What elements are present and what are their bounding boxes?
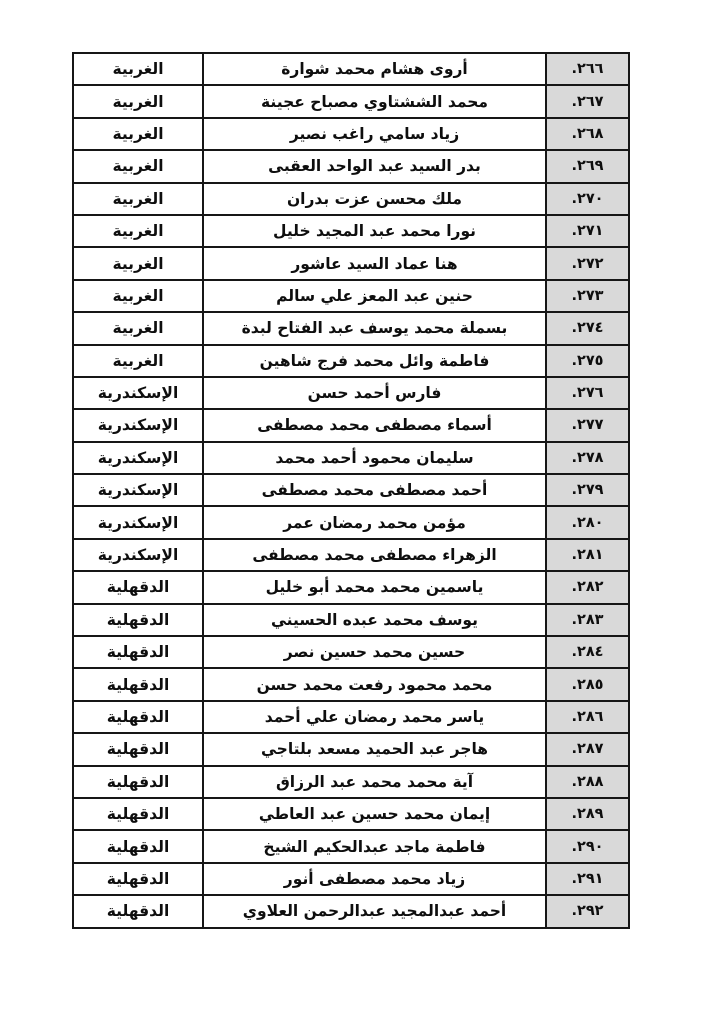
name-cell: نورا محمد عبد المجيد خليل <box>203 215 546 247</box>
table-row: ٢٨٥.محمد محمود رفعت محمد حسنالدقهلية <box>73 668 629 700</box>
serial-cell: ٢٧٧. <box>546 409 629 441</box>
serial-cell: ٢٧١. <box>546 215 629 247</box>
table-row: ٢٧٧.أسماء مصطفى محمد مصطفىالإسكندرية <box>73 409 629 441</box>
serial-cell: ٢٨٧. <box>546 733 629 765</box>
serial-cell: ٢٩٠. <box>546 830 629 862</box>
governorate-cell: الإسكندرية <box>73 409 203 441</box>
serial-cell: ٢٧٢. <box>546 247 629 279</box>
governorate-cell: الإسكندرية <box>73 474 203 506</box>
governorate-cell: الدقهلية <box>73 701 203 733</box>
table-row: ٢٨٤.حسين محمد حسين نصرالدقهلية <box>73 636 629 668</box>
serial-cell: ٢٨٤. <box>546 636 629 668</box>
governorate-cell: الإسكندرية <box>73 506 203 538</box>
table-row: ٢٨٠.مؤمن محمد رمضان عمرالإسكندرية <box>73 506 629 538</box>
table-row: ٢٨٢.ياسمين محمد محمد أبو خليلالدقهلية <box>73 571 629 603</box>
serial-cell: ٢٩١. <box>546 863 629 895</box>
document-page: ٢٦٦.أروى هشام محمد شوارةالغربية٢٦٧.محمد … <box>0 0 720 1018</box>
table-row: ٢٨٧.هاجر عبد الحميد مسعد بلتاجيالدقهلية <box>73 733 629 765</box>
governorate-cell: الإسكندرية <box>73 442 203 474</box>
table-row: ٢٩١.زياد محمد مصطفى أنورالدقهلية <box>73 863 629 895</box>
governorate-cell: الغربية <box>73 118 203 150</box>
table-row: ٢٨٨.آية محمد محمد عبد الرزاقالدقهلية <box>73 766 629 798</box>
serial-cell: ٢٧٦. <box>546 377 629 409</box>
serial-cell: ٢٦٧. <box>546 85 629 117</box>
name-cell: فاطمة وائل محمد فرج شاهين <box>203 345 546 377</box>
table-row: ٢٨٣.يوسف محمد عبده الحسينيالدقهلية <box>73 604 629 636</box>
governorate-cell: الدقهلية <box>73 668 203 700</box>
name-cell: أحمد مصطفى محمد مصطفى <box>203 474 546 506</box>
table-row: ٢٧٣.حنين عبد المعز علي سالمالغربية <box>73 280 629 312</box>
name-cell: الزهراء مصطفى محمد مصطفى <box>203 539 546 571</box>
name-cell: يوسف محمد عبده الحسيني <box>203 604 546 636</box>
serial-cell: ٢٨٠. <box>546 506 629 538</box>
name-cell: أحمد عبدالمجيد عبدالرحمن العلاوي <box>203 895 546 927</box>
table-row: ٢٧١.نورا محمد عبد المجيد خليلالغربية <box>73 215 629 247</box>
table-row: ٢٧٥.فاطمة وائل محمد فرج شاهينالغربية <box>73 345 629 377</box>
name-cell: إيمان محمد حسين عبد العاطي <box>203 798 546 830</box>
name-cell: آية محمد محمد عبد الرزاق <box>203 766 546 798</box>
governorate-cell: الدقهلية <box>73 830 203 862</box>
serial-cell: ٢٧٩. <box>546 474 629 506</box>
governorate-cell: الغربية <box>73 53 203 85</box>
name-cell: حنين عبد المعز علي سالم <box>203 280 546 312</box>
serial-cell: ٢٩٢. <box>546 895 629 927</box>
table-body: ٢٦٦.أروى هشام محمد شوارةالغربية٢٦٧.محمد … <box>73 53 629 928</box>
name-cell: ملك محسن عزت بدران <box>203 183 546 215</box>
table-row: ٢٦٧.محمد الششتاوي مصباح عجينةالغربية <box>73 85 629 117</box>
serial-cell: ٢٨٥. <box>546 668 629 700</box>
governorate-cell: الدقهلية <box>73 863 203 895</box>
governorate-cell: الغربية <box>73 85 203 117</box>
name-cell: أروى هشام محمد شوارة <box>203 53 546 85</box>
table-row: ٢٨٦.ياسر محمد رمضان علي أحمدالدقهلية <box>73 701 629 733</box>
serial-cell: ٢٧٨. <box>546 442 629 474</box>
governorate-cell: الغربية <box>73 215 203 247</box>
table-row: ٢٦٦.أروى هشام محمد شوارةالغربية <box>73 53 629 85</box>
serial-cell: ٢٧٥. <box>546 345 629 377</box>
name-cell: ياسر محمد رمضان علي أحمد <box>203 701 546 733</box>
table-row: ٢٨٩.إيمان محمد حسين عبد العاطيالدقهلية <box>73 798 629 830</box>
name-cell: حسين محمد حسين نصر <box>203 636 546 668</box>
serial-cell: ٢٨٣. <box>546 604 629 636</box>
table-row: ٢٧٠.ملك محسن عزت بدرانالغربية <box>73 183 629 215</box>
serial-cell: ٢٦٨. <box>546 118 629 150</box>
governorate-cell: الدقهلية <box>73 766 203 798</box>
governorate-cell: الإسكندرية <box>73 539 203 571</box>
name-cell: فارس أحمد حسن <box>203 377 546 409</box>
governorate-cell: الدقهلية <box>73 636 203 668</box>
table-row: ٢٧٩.أحمد مصطفى محمد مصطفىالإسكندرية <box>73 474 629 506</box>
serial-cell: ٢٨٦. <box>546 701 629 733</box>
name-cell: زياد محمد مصطفى أنور <box>203 863 546 895</box>
name-cell: هنا عماد السيد عاشور <box>203 247 546 279</box>
table-row: ٢٦٩.بدر السيد عبد الواحد العقبىالغربية <box>73 150 629 182</box>
table-row: ٢٧٤.بسملة محمد يوسف عبد الفتاح لبدةالغرب… <box>73 312 629 344</box>
governorate-cell: الدقهلية <box>73 895 203 927</box>
serial-cell: ٢٦٩. <box>546 150 629 182</box>
serial-cell: ٢٨٢. <box>546 571 629 603</box>
governorate-cell: الغربية <box>73 150 203 182</box>
serial-cell: ٢٨٨. <box>546 766 629 798</box>
serial-cell: ٢٧٠. <box>546 183 629 215</box>
name-cell: محمد محمود رفعت محمد حسن <box>203 668 546 700</box>
name-cell: أسماء مصطفى محمد مصطفى <box>203 409 546 441</box>
governorate-cell: الغربية <box>73 247 203 279</box>
table-row: ٢٩٠.فاطمة ماجد عبدالحكيم الشيخالدقهلية <box>73 830 629 862</box>
table-row: ٢٧٦.فارس أحمد حسنالإسكندرية <box>73 377 629 409</box>
serial-cell: ٢٧٣. <box>546 280 629 312</box>
name-cell: سليمان محمود أحمد محمد <box>203 442 546 474</box>
table-row: ٢٨١.الزهراء مصطفى محمد مصطفىالإسكندرية <box>73 539 629 571</box>
name-cell: زياد سامي راغب نصير <box>203 118 546 150</box>
name-cell: بسملة محمد يوسف عبد الفتاح لبدة <box>203 312 546 344</box>
students-table: ٢٦٦.أروى هشام محمد شوارةالغربية٢٦٧.محمد … <box>72 52 630 929</box>
name-cell: بدر السيد عبد الواحد العقبى <box>203 150 546 182</box>
governorate-cell: الدقهلية <box>73 798 203 830</box>
governorate-cell: الغربية <box>73 183 203 215</box>
table-row: ٢٦٨.زياد سامي راغب نصيرالغربية <box>73 118 629 150</box>
name-cell: فاطمة ماجد عبدالحكيم الشيخ <box>203 830 546 862</box>
serial-cell: ٢٦٦. <box>546 53 629 85</box>
name-cell: مؤمن محمد رمضان عمر <box>203 506 546 538</box>
table-row: ٢٧٨.سليمان محمود أحمد محمدالإسكندرية <box>73 442 629 474</box>
governorate-cell: الدقهلية <box>73 604 203 636</box>
table-row: ٢٩٢.أحمد عبدالمجيد عبدالرحمن العلاويالدق… <box>73 895 629 927</box>
governorate-cell: الإسكندرية <box>73 377 203 409</box>
governorate-cell: الدقهلية <box>73 733 203 765</box>
serial-cell: ٢٨١. <box>546 539 629 571</box>
serial-cell: ٢٨٩. <box>546 798 629 830</box>
governorate-cell: الغربية <box>73 345 203 377</box>
governorate-cell: الغربية <box>73 280 203 312</box>
table-row: ٢٧٢.هنا عماد السيد عاشورالغربية <box>73 247 629 279</box>
governorate-cell: الدقهلية <box>73 571 203 603</box>
governorate-cell: الغربية <box>73 312 203 344</box>
name-cell: محمد الششتاوي مصباح عجينة <box>203 85 546 117</box>
name-cell: هاجر عبد الحميد مسعد بلتاجي <box>203 733 546 765</box>
serial-cell: ٢٧٤. <box>546 312 629 344</box>
name-cell: ياسمين محمد محمد أبو خليل <box>203 571 546 603</box>
